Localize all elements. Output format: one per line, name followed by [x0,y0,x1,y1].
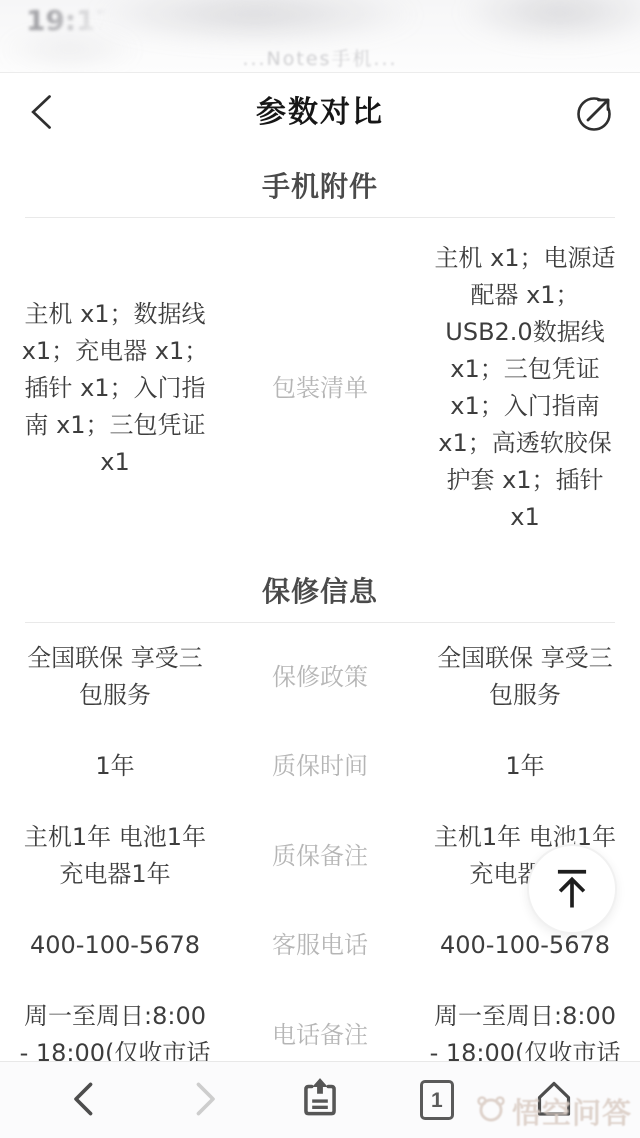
right-product-value: 400-100-5678 [440,927,610,964]
page-title: 参数对比 [0,73,640,153]
app-header: 参数对比 [0,72,640,154]
left-product-value: 周一至周日:8:00 - 18:00(仅收市话 [20,998,211,1061]
section-title-accessories: 手机附件 [0,153,640,217]
row-label: 客服电话 [272,927,368,964]
status-time: 19:17 [26,4,115,37]
left-product-value: 全国联保 享受三 包服务 [27,640,203,714]
section-title-warranty: 保修信息 [0,558,640,622]
row-label: 质保时间 [272,748,368,785]
nav-forward-button[interactable] [173,1070,233,1130]
ghost-page-title: ...Notes手机... [0,44,640,71]
left-product-value: 主机1年 电池1年 充电器1年 [24,819,206,893]
row-label: 包装清单 [272,370,368,407]
status-bar: 19:17 ...Notes手机... [0,0,640,72]
nav-back-button[interactable] [56,1070,116,1130]
tab-count-badge: 1 [420,1080,454,1120]
right-product-value: 主机 x1；电源适 配器 x1； USB2.0数据线 x1；三包凭证 x1；入门… [434,240,615,536]
table-row-packing-list: 主机 x1；数据线 x1；充电器 x1； 插针 x1；入门指 南 x1；三包凭证… [0,218,640,558]
home-button[interactable] [524,1070,584,1130]
row-label: 质保备注 [272,838,368,875]
left-product-value: 400-100-5678 [30,927,200,964]
screen: 19:17 ...Notes手机... 参数对比 手机附 [0,0,640,1138]
table-row-warranty-period: 1年 质保时间 1年 [0,731,640,802]
table-row-warranty-policy: 全国联保 享受三 包服务 保修政策 全国联保 享受三 包服务 [0,623,640,731]
right-product-value: 周一至周日:8:00 - 18:00(仅收市话 [430,998,621,1061]
blur-smudge [460,0,640,44]
arrow-up-to-top-icon [546,862,598,917]
row-label: 保修政策 [272,659,368,696]
left-product-value: 主机 x1；数据线 x1；充电器 x1； 插针 x1；入门指 南 x1；三包凭证… [22,296,209,481]
back-to-top-button[interactable] [527,844,617,934]
chevron-left-icon [25,90,65,137]
home-icon [530,1075,578,1126]
share-button[interactable] [566,73,626,153]
back-button[interactable] [20,73,70,153]
browser-toolbar: 1 [0,1061,640,1138]
chevron-left-icon [66,1077,106,1124]
blur-smudge [90,0,420,44]
table-row-phone-notes: 周一至周日:8:00 - 18:00(仅收市话 电话备注 周一至周日:8:00 … [0,981,640,1061]
share-external-icon [573,89,619,138]
menu-share-button[interactable] [290,1070,350,1130]
row-label: 电话备注 [272,1017,368,1054]
share-box-icon [295,1074,345,1127]
right-product-value: 1年 [505,748,544,785]
chevron-right-icon [183,1077,223,1124]
tab-count-button[interactable]: 1 [407,1070,467,1130]
left-product-value: 1年 [95,748,134,785]
right-product-value: 全国联保 享受三 包服务 [437,640,613,714]
